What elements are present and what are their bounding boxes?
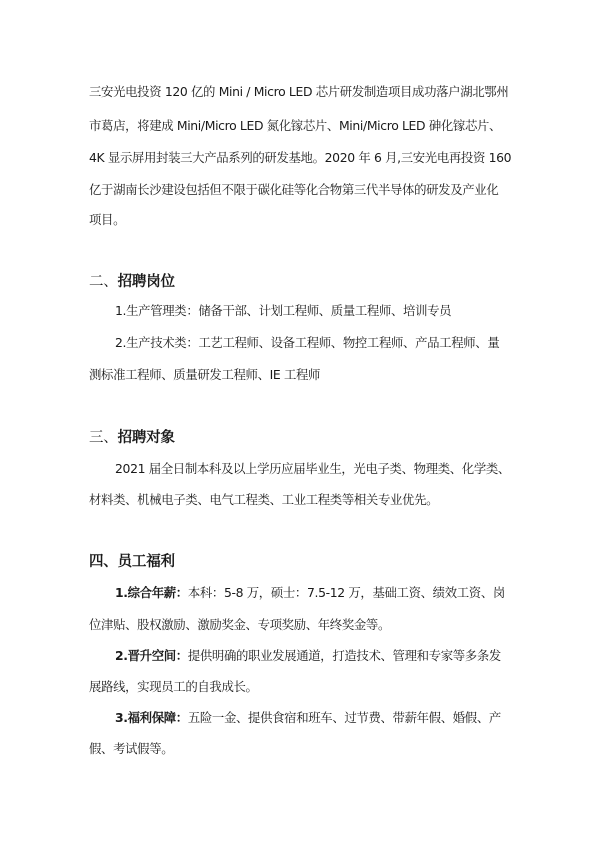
benefit-text-continued: 展路线，实现员工的自我成长。 bbox=[89, 679, 519, 695]
section-heading: 四、员工福利 bbox=[89, 553, 175, 571]
intro-line: 项目。 bbox=[89, 212, 519, 228]
benefit-text: 本科：5-8 万，硕士：7.5-12 万，基础工资、绩效工资、岗 bbox=[188, 585, 505, 600]
intro-line: 市葛店，将建成 Mini/Micro LED 氮化镓芯片、Mini/Micro … bbox=[89, 118, 519, 134]
section-number: 四、 bbox=[89, 554, 118, 570]
target-line: 材料类、机械电子类、电气工程类、工业工程类等相关专业优先。 bbox=[89, 492, 519, 508]
target-line: 2021 届全日制本科及以上学历应届毕业生，光电子类、物理类、化学类、 bbox=[115, 461, 545, 477]
benefit-label: 2.晋升空间： bbox=[115, 648, 188, 663]
benefit-text-continued: 位津贴、股权激励、激励奖金、专项奖励、年终奖金等。 bbox=[89, 617, 519, 633]
intro-line: 4K 显示屏用封装三大产品系列的研发基地。2020 年 6 月,三安光电再投资 … bbox=[89, 150, 519, 166]
benefit-item-promotion: 2.晋升空间：提供明确的职业发展通道，打造技术、管理和专家等多条发 bbox=[115, 648, 545, 664]
benefit-text: 提供明确的职业发展通道，打造技术、管理和专家等多条发 bbox=[188, 648, 501, 663]
benefit-item-salary: 1.综合年薪：本科：5-8 万，硕士：7.5-12 万，基础工资、绩效工资、岗 bbox=[115, 585, 545, 601]
benefit-text: 五险一金、提供食宿和班车、过节费、带薪年假、婚假、产 bbox=[188, 710, 501, 725]
benefit-text-continued: 假、考试假等。 bbox=[89, 741, 519, 757]
section-number: 二、 bbox=[89, 274, 118, 290]
intro-line: 亿于湖南长沙建设包括但不限于碳化硅等化合物第三代半导体的研发及产业化 bbox=[89, 182, 519, 198]
position-item-continued: 测标准工程师、质量研发工程师、IE 工程师 bbox=[89, 367, 519, 383]
section-heading: 三、招聘对象 bbox=[89, 429, 175, 447]
section-title: 招聘岗位 bbox=[118, 274, 175, 290]
section-number: 三、 bbox=[89, 430, 118, 446]
section-title: 员工福利 bbox=[118, 554, 175, 570]
position-item: 1.生产管理类：储备干部、计划工程师、质量工程师、培训专员 bbox=[115, 303, 545, 319]
position-item: 2.生产技术类：工艺工程师、设备工程师、物控工程师、产品工程师、量 bbox=[115, 335, 545, 351]
section-title: 招聘对象 bbox=[118, 430, 175, 446]
section-heading: 二、招聘岗位 bbox=[89, 273, 175, 291]
benefit-label: 3.福利保障： bbox=[115, 710, 188, 725]
benefit-item-welfare: 3.福利保障：五险一金、提供食宿和班车、过节费、带薪年假、婚假、产 bbox=[115, 710, 545, 726]
intro-line: 三安光电投资 120 亿的 Mini / Micro LED 芯片研发制造项目成… bbox=[89, 84, 519, 100]
benefit-label: 1.综合年薪： bbox=[115, 585, 188, 600]
